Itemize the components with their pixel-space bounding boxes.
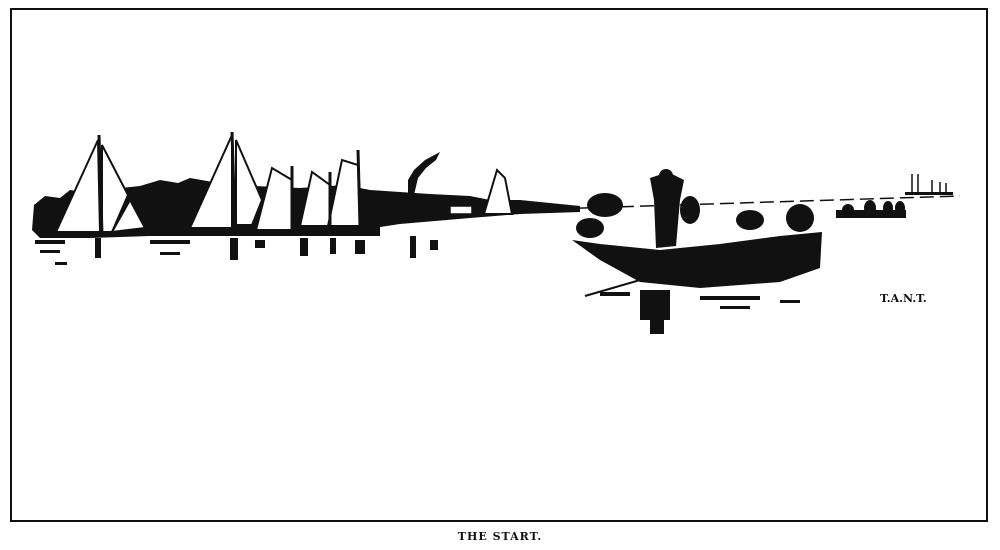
water-reflections (35, 236, 438, 265)
horizon-line (520, 196, 960, 210)
regatta-illustration: T.A.N.T. (0, 0, 1000, 550)
artist-signature: T.A.N.T. (880, 292, 927, 305)
steamboat (450, 206, 472, 214)
steamboat-smoke (408, 152, 440, 195)
spectator-rowboat (572, 169, 822, 334)
caption: THE START. (0, 530, 1000, 543)
rowing-crew (836, 200, 906, 218)
distant-ships (905, 174, 953, 195)
